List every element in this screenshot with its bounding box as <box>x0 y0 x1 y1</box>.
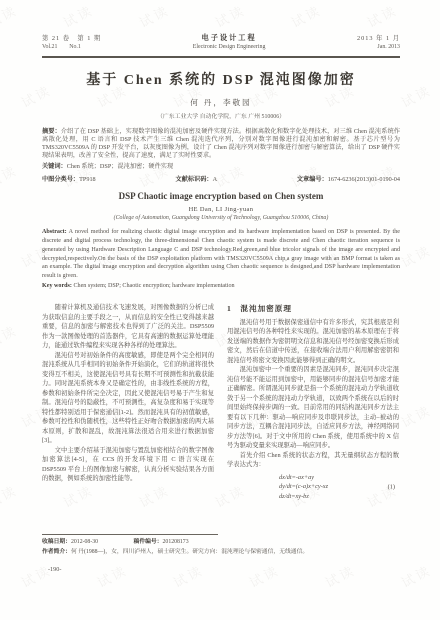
watermark-stamp: 试读 <box>397 240 434 272</box>
clc-label: 中图分类号： <box>42 176 79 183</box>
footnote-dates: 收稿日期：2012-08-30 稿件编号：201208173 <box>42 538 400 548</box>
abstract-en-label: Abstract: <box>42 229 67 235</box>
manuscript-id: 稿件编号：201208173 <box>134 539 189 545</box>
abstract-cn: 摘要：介绍了在 DSP 基础上，实现数字图像的混沌加密及硬件实现方法。根据离散化… <box>42 128 400 161</box>
body-columns: 随着计算机及通信技术飞速发展，对图像数据的分析已成为获取信息的主要手段之一，从而… <box>42 303 400 501</box>
watermark-stamp: 试读 <box>397 400 434 432</box>
clc-value: TP918 <box>79 176 96 183</box>
document-code: 文献标识码：A <box>175 174 217 183</box>
journal-name-en: Electronic Design Engineering <box>193 43 266 52</box>
journal-name-block: 电子设计工程 Electronic Design Engineering <box>193 34 266 52</box>
abstract-cn-label: 摘要： <box>42 128 61 135</box>
keywords-en-text: Chen system; DSP; Chaotic encryption; ha… <box>72 283 235 289</box>
manuscript-value: 201208173 <box>163 539 189 545</box>
equation-line-3: dz/dt=xy-bz <box>279 492 399 502</box>
journal-date-en: Jan. 2013 <box>357 43 400 52</box>
received-date: 收稿日期：2012-08-30 <box>42 539 98 545</box>
watermark-stamp: 试读 <box>321 560 358 592</box>
doc-code-label: 文献标识码： <box>175 176 212 183</box>
keywords-en-label: Key words: <box>42 283 72 289</box>
received-label: 收稿日期： <box>42 539 71 545</box>
equation-number: (1) <box>388 482 395 492</box>
watermark-stamp: 试读 <box>0 160 21 192</box>
watermark-stamp: 试读 <box>211 0 248 31</box>
watermark-stamp: 试读 <box>287 0 324 31</box>
journal-date-block: 2013 年 1 月 Jan. 2013 <box>357 34 400 52</box>
journal-volume-cn: 第 21 卷 第 1 期 <box>42 34 101 43</box>
keywords-cn-text: Chen 系统；DSP；混沌加密；硬件实现 <box>67 163 173 170</box>
abstract-cn-text: 介绍了在 DSP 基础上，实现数字图像的混沌加密及硬件实现方法。根据离散化和数字… <box>42 128 400 160</box>
watermark-stamp: 试读 <box>397 560 434 592</box>
watermark-stamp: 试读 <box>17 560 54 592</box>
article-id-value: 1674-6236(2013)01-0190-04 <box>328 176 400 183</box>
author-bio-text: 何 丹(1988—)，女，四川泸州人，硕士研究生。研究方向：混沌理论与保密通信，… <box>71 549 308 555</box>
article-id: 文章编号：1674-6236(2013)01-0190-04 <box>297 174 400 183</box>
meta-line: 中图分类号：TP918 文献标识码：A 文章编号：1674-6236(2013)… <box>42 174 400 183</box>
journal-name-cn: 电子设计工程 <box>193 34 266 43</box>
keywords-cn-label: 关键词： <box>42 163 67 170</box>
keywords-en: Key words: Chen system; DSP; Chaotic enc… <box>42 283 400 289</box>
watermark-stamp: 试读 <box>0 320 21 352</box>
author-bio: 作者简介：何 丹(1988—)，女，四川泸州人，硕士研究生。研究方向：混沌理论与… <box>42 548 400 558</box>
footnote-block: 收稿日期：2012-08-30 稿件编号：201208173 作者简介：何 丹(… <box>42 534 400 557</box>
watermark-stamp: 试读 <box>169 560 206 592</box>
body-left-column: 随着计算机及通信技术飞速发展，对图像数据的分析已成为获取信息的主要手段之一，从而… <box>42 303 214 501</box>
left-paragraph-3: 文中主要介绍基于混沌加密与置乱加密相结合的数字图像加密算法[4-5]，在 CCS… <box>42 446 214 484</box>
page-number: -190- <box>48 566 61 573</box>
article-id-label: 文章编号： <box>297 176 328 183</box>
abstract-en-text: A novel method for realizing chaotic dig… <box>42 229 400 279</box>
journal-volume-en: Vol.21 No.1 <box>42 43 101 52</box>
left-paragraph-1: 随着计算机及通信技术飞速发展，对图像数据的分析已成为获取信息的主要手段之一，从而… <box>42 303 214 351</box>
watermark-stamp: 试读 <box>0 0 21 31</box>
left-paragraph-2: 混沌信号对初始条件的高度敏感，即使是两个完全相同的混沌系统从几乎相同的初始条件开… <box>42 351 214 446</box>
abstract-en: Abstract: A novel method for realizing c… <box>42 228 400 281</box>
section-1-heading: 1 混沌加密原理 <box>227 304 399 314</box>
equation-line-1: dx/dt=-ax+ay <box>279 473 399 483</box>
watermark-stamp: 试读 <box>363 0 400 31</box>
clc-number: 中图分类号：TP918 <box>42 174 96 183</box>
right-paragraph-2: 混沌加密中一个重要的因素是混沌同步，混沌同步决定混沌信号能不能运用到加密中，用能… <box>227 365 399 451</box>
affiliation-en: (College of Automation, Guangdong Univer… <box>42 215 400 221</box>
equation-1: dx/dt=-ax+ay dy/dt=(c-a)x+cy-xz dz/dt=xy… <box>227 473 399 502</box>
received-value: 2012-08-30 <box>71 539 98 545</box>
journal-header: 第 21 卷 第 1 期 Vol.21 No.1 电子设计工程 Electron… <box>42 34 400 52</box>
affiliation-cn: （广东工业大学 自动化学院，广东 广州 510006） <box>42 111 400 120</box>
body-right-column: 1 混沌加密原理 混沌信号用于数据保密通信中有许多形式，究其根底是利用混沌信号的… <box>227 303 399 501</box>
watermark-stamp: 试读 <box>0 480 21 512</box>
paper-page: 试读试读试读试读试读试读试读试读试读试读试读试读试读试读试读试读试读试读试读试读… <box>0 0 440 620</box>
authors-cn: 何 丹，李敬园 <box>42 97 400 108</box>
journal-volume-block: 第 21 卷 第 1 期 Vol.21 No.1 <box>42 34 101 52</box>
watermark-stamp: 试读 <box>93 560 130 592</box>
watermark-stamp: 试读 <box>397 80 434 112</box>
author-bio-label: 作者简介： <box>42 549 71 555</box>
watermark-stamp: 试读 <box>59 0 96 31</box>
header-rule <box>42 56 400 58</box>
doc-code-value: A <box>213 176 217 183</box>
paper-title-en: DSP Chaotic image encryption based on Ch… <box>42 191 400 201</box>
footnote-rule <box>42 534 218 535</box>
equation-line-2: dy/dt=(c-a)x+cy-xz <box>279 482 399 492</box>
paper-title-cn: 基于 Chen 系统的 DSP 混沌图像加密 <box>42 69 400 89</box>
watermark-stamp: 试读 <box>245 560 282 592</box>
authors-en: HE Dan, LI Jing-yuan <box>42 206 400 213</box>
journal-date-cn: 2013 年 1 月 <box>357 34 400 43</box>
right-paragraph-3: 首先介绍 Chen 系统的状态方程，其无量纲状态方程的数学表达式为： <box>227 451 399 470</box>
keywords-cn: 关键词：Chen 系统；DSP；混沌加密；硬件实现 <box>42 163 400 172</box>
right-paragraph-1: 混沌信号用于数据保密通信中有许多形式，究其根底是利用混沌信号的各种特性来实现的。… <box>227 318 399 366</box>
watermark-stamp: 试读 <box>135 0 172 31</box>
manuscript-label: 稿件编号： <box>134 539 163 545</box>
